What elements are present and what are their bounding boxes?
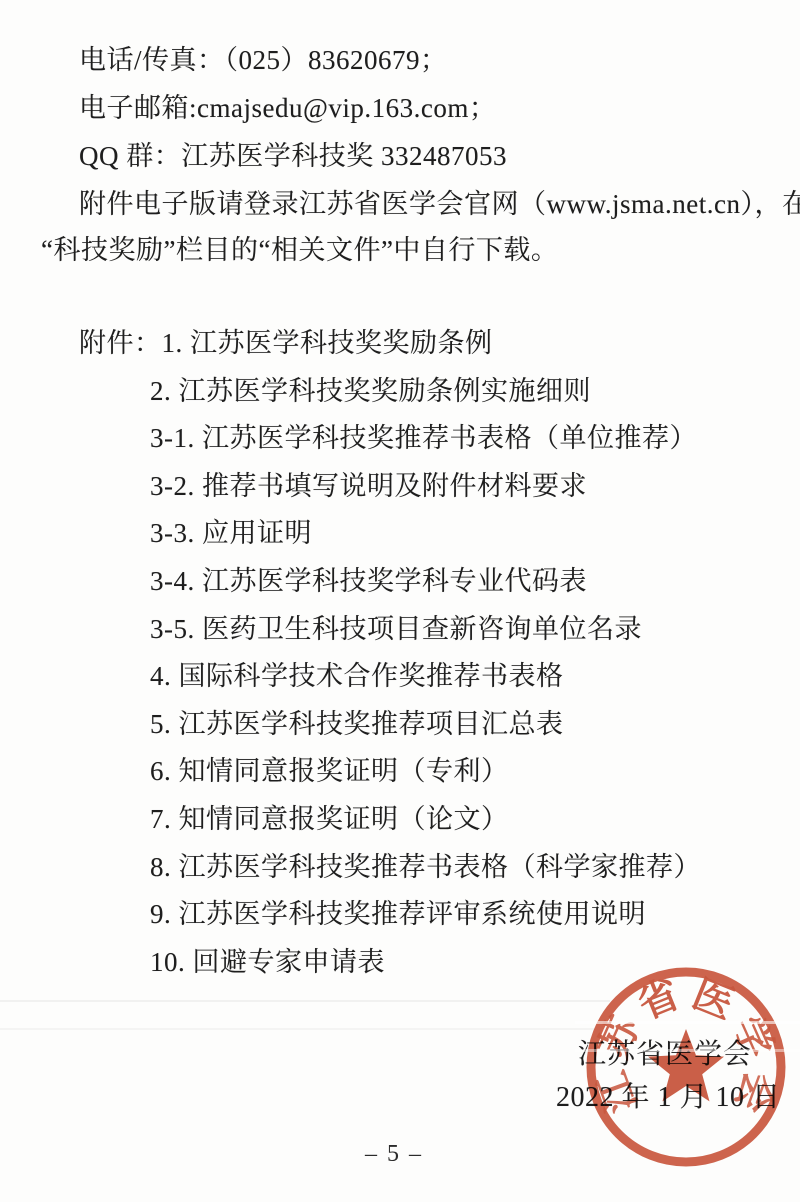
attachment-item-text: 3-1. 江苏医学科技奖推荐书表格（单位推荐） [150,423,697,453]
attachment-item: 3-2. 推荐书填写说明及附件材料要求 [150,463,701,511]
attachment-item-text: 5. 江苏医学科技奖推荐项目汇总表 [150,709,564,739]
attachment-item: 3-5. 医药卫生科技项目查新咨询单位名录 [150,606,701,654]
attachment-item: 6. 知情同意报奖证明（专利） [150,748,701,796]
issue-date: 2022 年 1 月 10 日 [556,1075,781,1115]
attachment-item-text: 1. 江苏医学科技奖奖励条例 [162,328,493,358]
attachments-label: 附件： [79,320,162,368]
paragraph-line-2: “科技奖励”栏目的“相关文件”中自行下载。 [0,227,800,273]
attachment-item-text: 3-4. 江苏医学科技奖学科专业代码表 [150,566,587,596]
paragraph-line-1: 附件电子版请登录江苏省医学会官网（www.jsma.net.cn），在 [0,181,800,227]
attachment-list: 附件：1. 江苏医学科技奖奖励条例2. 江苏医学科技奖奖励条例实施细则3-1. … [79,320,701,986]
email-line: 电子邮箱:cmajsedu@vip.163.com； [79,84,507,132]
issuing-organization: 江苏省医学会 [578,1032,752,1072]
attachment-item-text: 3-3. 应用证明 [150,518,312,548]
page-number: – 5 – [0,1141,794,1168]
attachment-item-text: 8. 江苏医学科技奖推荐书表格（科学家推荐） [150,852,701,882]
attachment-item: 附件：1. 江苏医学科技奖奖励条例 [79,320,701,368]
download-instructions-paragraph: 附件电子版请登录江苏省医学会官网（www.jsma.net.cn），在 “科技奖… [0,181,800,273]
attachment-item: 3-3. 应用证明 [150,510,701,558]
attachment-item: 9. 江苏医学科技奖推荐评审系统使用说明 [150,891,701,939]
scan-streak [575,1021,800,1024]
attachment-item: 3-4. 江苏医学科技奖学科专业代码表 [150,558,701,606]
attachment-item: 7. 知情同意报奖证明（论文） [150,796,701,844]
attachment-item-text: 3-5. 医药卫生科技项目查新咨询单位名录 [150,614,642,644]
attachment-item-text: 4. 国际科学技术合作奖推荐书表格 [150,661,564,691]
attachment-item-text: 10. 回避专家申请表 [150,947,385,977]
attachment-item: 2. 江苏医学科技奖奖励条例实施细则 [150,368,701,416]
attachment-item-text: 9. 江苏医学科技奖推荐评审系统使用说明 [150,899,646,929]
attachment-item-text: 3-2. 推荐书填写说明及附件材料要求 [150,471,587,501]
scanned-document-page: 电话/传真：（025）83620679； 电子邮箱:cmajsedu@vip.1… [0,0,800,1202]
attachment-item-text: 2. 江苏医学科技奖奖励条例实施细则 [150,376,591,406]
attachment-item: 5. 江苏医学科技奖推荐项目汇总表 [150,701,701,749]
scan-streak [0,1000,610,1002]
attachment-item-text: 7. 知情同意报奖证明（论文） [150,804,509,834]
contact-block: 电话/传真：（025）83620679； 电子邮箱:cmajsedu@vip.1… [79,36,507,180]
attachment-item: 3-1. 江苏医学科技奖推荐书表格（单位推荐） [150,415,701,463]
attachment-item: 4. 国际科学技术合作奖推荐书表格 [150,653,701,701]
qq-group-line: QQ 群：江苏医学科技奖 332487053 [79,132,507,180]
scan-streak [0,1028,595,1030]
attachment-item: 8. 江苏医学科技奖推荐书表格（科学家推荐） [150,844,701,892]
attachment-item: 10. 回避专家申请表 [150,939,701,987]
attachment-item-text: 6. 知情同意报奖证明（专利） [150,756,509,786]
phone-fax-line: 电话/传真：（025）83620679； [79,36,507,84]
